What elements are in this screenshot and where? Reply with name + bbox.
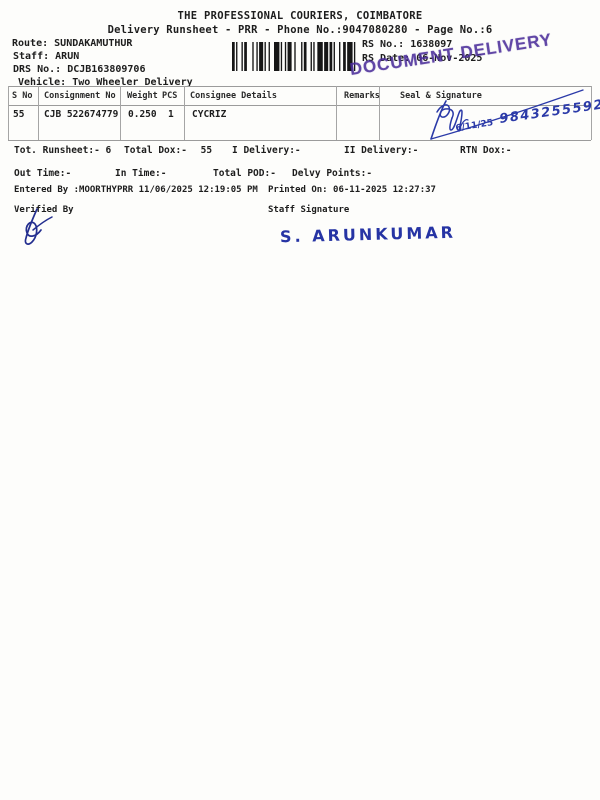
staff-line: Staff: ARUN <box>13 51 79 62</box>
verified-by-label: Verified By <box>14 205 74 215</box>
route-value: SUNDAKAMUTHUR <box>54 38 132 49</box>
ii-delivery: II Delivery:- <box>344 145 418 156</box>
seal-date-handwriting: 6/11/25 <box>455 118 494 134</box>
seal-phone-handwriting: 9843255592 <box>498 97 600 127</box>
total-dox-value: 55 <box>201 145 212 156</box>
ink-overlay: 6/11/25 9843255592 <box>0 0 600 800</box>
table-top-border <box>8 86 591 87</box>
drs-value: DCJB163809706 <box>67 64 145 75</box>
i-delivery: I Delivery:- <box>232 145 301 156</box>
col-header-remarks: Remarks <box>344 91 380 101</box>
cell-weight: 0.250 <box>128 109 157 120</box>
table-vline-3 <box>184 86 185 140</box>
total-pod: Total POD:- <box>213 168 276 179</box>
total-dox: Total Dox:- 55 <box>124 145 212 156</box>
staff-signature-label: Staff Signature <box>268 205 349 215</box>
table-vline-2 <box>120 86 121 140</box>
rs-no-label: RS No.: <box>362 39 404 50</box>
cell-consignee: CYCRIZ <box>192 109 226 120</box>
table-header-border <box>8 105 591 106</box>
cell-consignment: CJB 522674779 <box>44 109 118 120</box>
drs-line: DRS No.: DCJB163809706 <box>13 64 145 75</box>
staff-value: ARUN <box>55 51 79 62</box>
route-label: Route: <box>12 38 48 49</box>
total-dox-label: Total Dox:- <box>124 145 187 156</box>
drs-label: DRS No.: <box>13 64 61 75</box>
tot-runsheet: Tot. Runsheet:- 6 <box>14 145 111 156</box>
table-bottom-border <box>8 140 591 141</box>
barcode <box>232 42 358 71</box>
col-header-sno: S No <box>12 91 32 101</box>
out-time: Out Time:- <box>14 168 71 179</box>
staff-label: Staff: <box>13 51 49 62</box>
col-header-weight: Weight <box>127 91 158 101</box>
table-vline-1 <box>38 86 39 140</box>
runsheet-document: THE PROFESSIONAL COURIERS, COIMBATORE De… <box>0 0 600 800</box>
rtn-dox: RTN Dox:- <box>460 145 511 156</box>
company-title: THE PROFESSIONAL COURIERS, COIMBATORE <box>0 10 600 22</box>
runsheet-subtitle: Delivery Runsheet - PRR - Phone No.:9047… <box>0 24 600 36</box>
cell-sno: 55 <box>13 109 24 120</box>
col-header-consignment: Consignment No <box>44 91 116 101</box>
delvy-points: Delvy Points:- <box>292 168 372 179</box>
tot-runsheet-value: 6 <box>106 145 112 156</box>
route-line: Route: SUNDAKAMUTHUR <box>12 38 132 49</box>
entered-by: Entered By :MOORTHYPRR 11/06/2025 12:19:… <box>14 185 258 195</box>
col-header-pcs: PCS <box>162 91 177 101</box>
table-vline-left <box>8 86 9 140</box>
in-time: In Time:- <box>115 168 166 179</box>
col-header-consignee: Consignee Details <box>190 91 277 101</box>
col-header-seal: Seal & Signature <box>400 91 482 101</box>
table-vline-right <box>591 86 592 140</box>
printed-on: Printed On: 06-11-2025 12:27:37 <box>268 185 436 195</box>
document-delivery-stamp: DOCUMENT DELIVERY <box>349 30 554 80</box>
tot-runsheet-label: Tot. Runsheet:- <box>14 145 100 156</box>
table-vline-4 <box>336 86 337 140</box>
cell-pcs: 1 <box>168 109 174 120</box>
staff-signature-handwriting: S. ARUNKUMAR <box>280 223 456 247</box>
